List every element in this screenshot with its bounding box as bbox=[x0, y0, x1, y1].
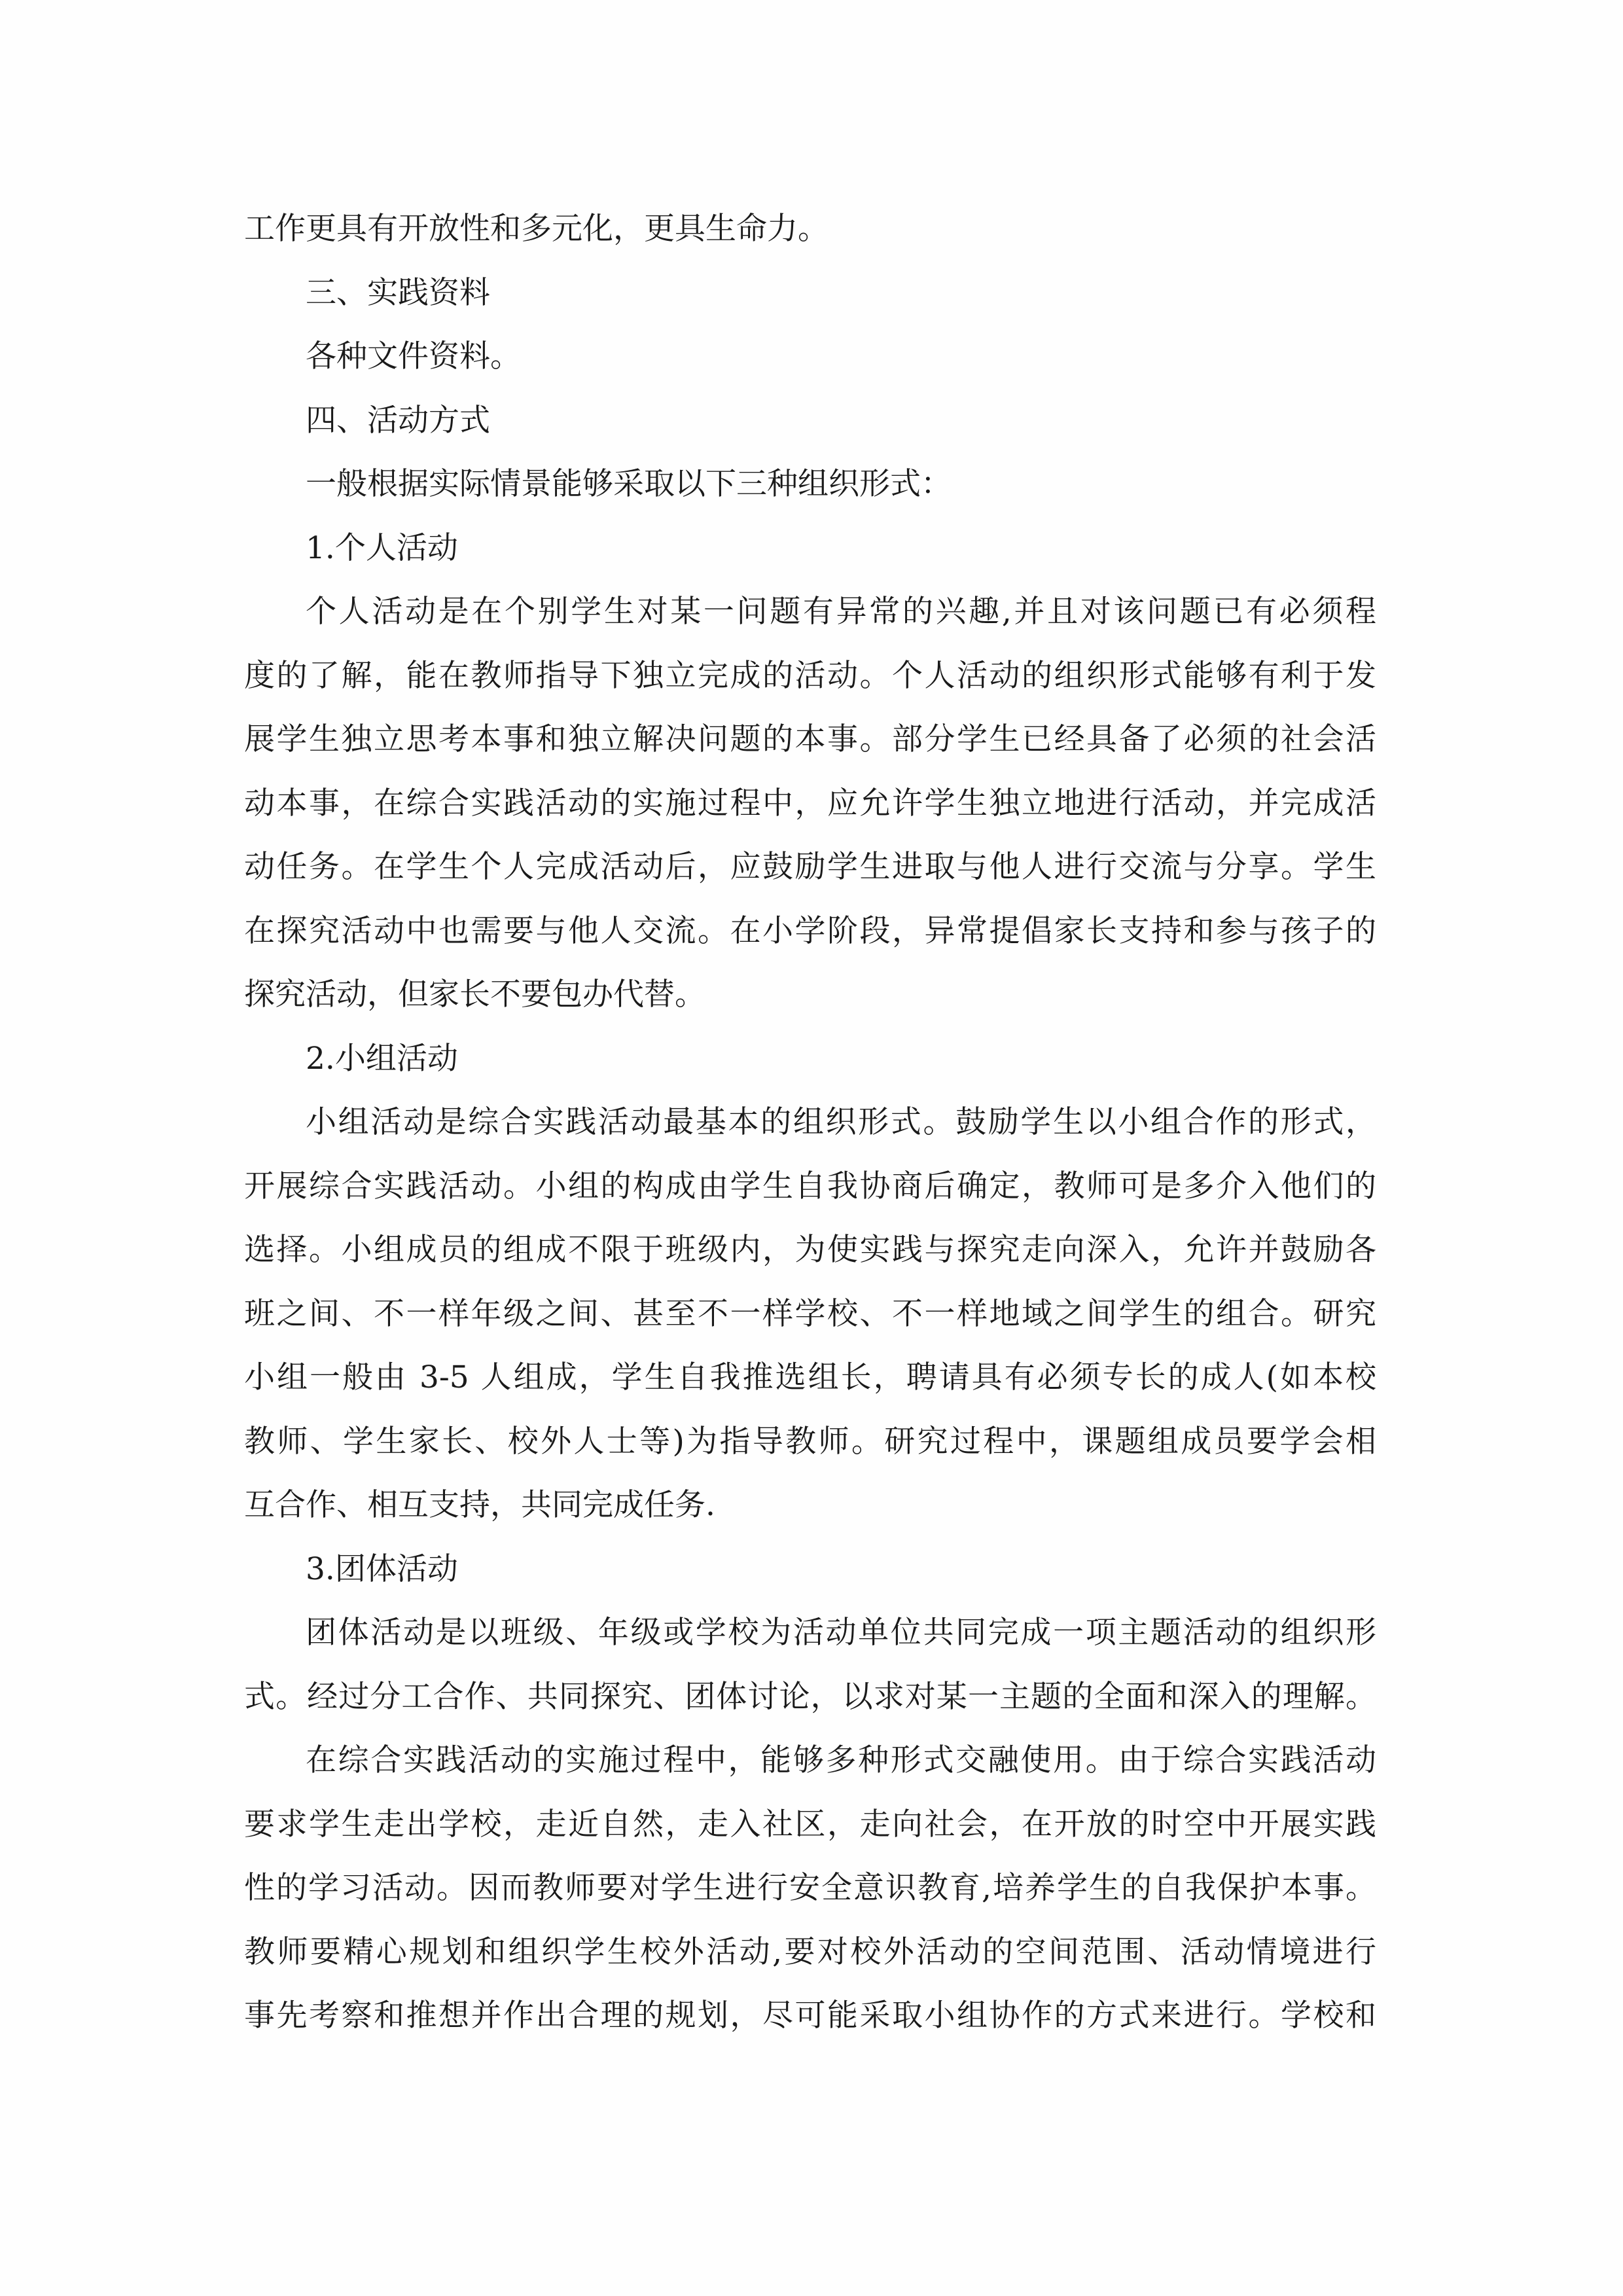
text-line: 动任务。在学生个人完成活动后，应鼓励学生进取与他人进行交流与分享。学生 bbox=[244, 835, 1376, 899]
text-line: 事先考察和推想并作出合理的规划，尽可能采取小组协作的方式来进行。学校和 bbox=[244, 1984, 1376, 2048]
text-line: 在探究活动中也需要与他人交流。在小学阶段，异常提倡家长支持和参与孩子的 bbox=[244, 899, 1376, 963]
text-line: 2.小组活动 bbox=[244, 1027, 1376, 1091]
text-line: 要求学生走出学校，走近自然，走入社区，走向社会，在开放的时空中开展实践 bbox=[244, 1793, 1376, 1857]
text-line: 式。经过分工合作、共同探究、团体讨论，以求对某一主题的全面和深入的理解。 bbox=[244, 1665, 1376, 1729]
text-line: 四、活动方式 bbox=[244, 389, 1376, 453]
text-line: 展学生独立思考本事和独立解决问题的本事。部分学生已经具备了必须的社会活 bbox=[244, 708, 1376, 772]
text-line: 1.个人活动 bbox=[244, 516, 1376, 581]
text-line: 开展综合实践活动。小组的构成由学生自我协商后确定，教师可是多介入他们的 bbox=[244, 1155, 1376, 1219]
text-line: 度的了解，能在教师指导下独立完成的活动。个人活动的组织形式能够有利于发 bbox=[244, 644, 1376, 708]
text-line: 工作更具有开放性和多元化，更具生命力。 bbox=[244, 197, 1376, 261]
text-line: 三、实践资料 bbox=[244, 261, 1376, 325]
text-line: 各种文件资料。 bbox=[244, 325, 1376, 389]
text-line: 教师、学生家长、校外人士等)为指导教师。研究过程中，课题组成员要学会相 bbox=[244, 1410, 1376, 1474]
text-line: 互合作、相互支持，共同完成任务. bbox=[244, 1473, 1376, 1537]
text-line: 个人活动是在个别学生对某一问题有异常的兴趣,并且对该问题已有必须程 bbox=[244, 580, 1376, 644]
text-line: 动本事，在综合实践活动的实施过程中，应允许学生独立地进行活动，并完成活 bbox=[244, 772, 1376, 836]
text-line: 小组活动是综合实践活动最基本的组织形式。鼓励学生以小组合作的形式， bbox=[244, 1090, 1376, 1155]
text-line: 一般根据实际情景能够采取以下三种组织形式： bbox=[244, 452, 1376, 516]
document-text-block: 工作更具有开放性和多元化，更具生命力。三、实践资料各种文件资料。四、活动方式一般… bbox=[244, 197, 1376, 2048]
text-line: 小组一般由 3-5 人组成，学生自我推选组长，聘请具有必须专长的成人(如本校 bbox=[244, 1346, 1376, 1410]
text-line: 班之间、不一样年级之间、甚至不一样学校、不一样地域之间学生的组合。研究 bbox=[244, 1282, 1376, 1346]
text-line: 团体活动是以班级、年级或学校为活动单位共同完成一项主题活动的组织形 bbox=[244, 1601, 1376, 1665]
text-line: 性的学习活动。因而教师要对学生进行安全意识教育,培养学生的自我保护本事。 bbox=[244, 1856, 1376, 1920]
text-line: 3.团体活动 bbox=[244, 1537, 1376, 1602]
text-line: 在综合实践活动的实施过程中，能够多种形式交融使用。由于综合实践活动 bbox=[244, 1729, 1376, 1793]
document-page: 工作更具有开放性和多元化，更具生命力。三、实践资料各种文件资料。四、活动方式一般… bbox=[0, 0, 1623, 2296]
text-line: 选择。小组成员的组成不限于班级内，为使实践与探究走向深入，允许并鼓励各 bbox=[244, 1218, 1376, 1282]
text-line: 探究活动，但家长不要包办代替。 bbox=[244, 963, 1376, 1027]
text-line: 教师要精心规划和组织学生校外活动,要对校外活动的空间范围、活动情境进行 bbox=[244, 1920, 1376, 1984]
